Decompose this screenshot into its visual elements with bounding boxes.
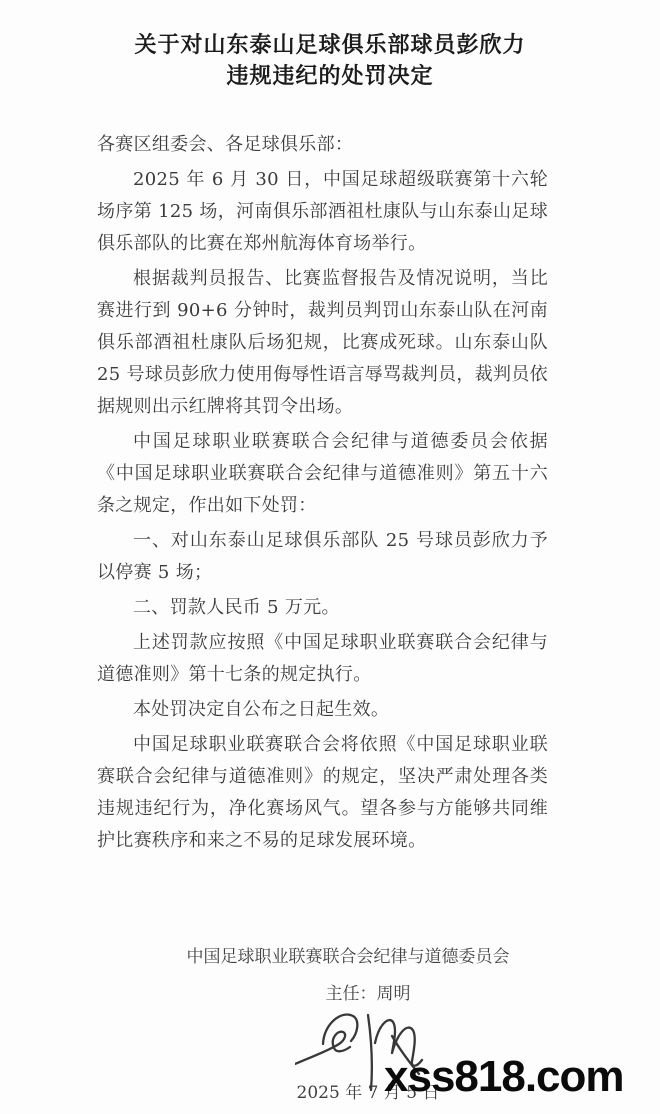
paragraph-fine-execution: 上述罚款应按照《中国足球职业联赛联合会纪律与道德准则》第十七条的规定执行。 — [97, 627, 548, 691]
salutation: 各赛区组委会、各足球俱乐部： — [97, 129, 548, 161]
document-title: 关于对山东泰山足球俱乐部球员彭欣力 违规违纪的处罚决定 — [0, 15, 660, 92]
paragraph-legal-basis: 中国足球职业联赛联合会纪律与道德委员会依据《中国足球职业联赛联合会纪律与道德准则… — [97, 426, 548, 522]
document-title-line-2: 违规违纪的处罚决定 — [0, 61, 660, 92]
document-body: 各赛区组委会、各足球俱乐部： 2025 年 6 月 30 日，中国足球超级联赛第… — [0, 129, 660, 857]
paragraph-closing-statement: 中国足球职业联赛联合会将依照《中国足球职业联赛联合会纪律与道德准则》的规定，坚决… — [97, 729, 548, 857]
document-title-line-1: 关于对山东泰山足球俱乐部球员彭欣力 — [0, 30, 660, 61]
punishment-item-2: 二、罚款人民币 5 万元。 — [97, 592, 548, 624]
watermark-text: xss818.com — [384, 1052, 624, 1102]
document-page: 关于对山东泰山足球俱乐部球员彭欣力 违规违纪的处罚决定 各赛区组委会、各足球俱乐… — [0, 0, 660, 1114]
paragraph-incident-description: 根据裁判员报告、比赛监督报告及情况说明，当比赛进行到 90+6 分钟时，裁判员判… — [97, 263, 548, 423]
chairman-name: 主任：周明 — [0, 983, 660, 1005]
paragraph-effective-date: 本处罚决定自公布之日起生效。 — [97, 694, 548, 726]
punishment-item-1: 一、对山东泰山足球俱乐部队 25 号球员彭欣力予以停赛 5 场； — [97, 525, 548, 589]
paragraph-match-info: 2025 年 6 月 30 日，中国足球超级联赛第十六轮场序第 125 场，河南… — [97, 164, 548, 260]
issuer-organization: 中国足球职业联赛联合会纪律与道德委员会 — [0, 946, 660, 968]
